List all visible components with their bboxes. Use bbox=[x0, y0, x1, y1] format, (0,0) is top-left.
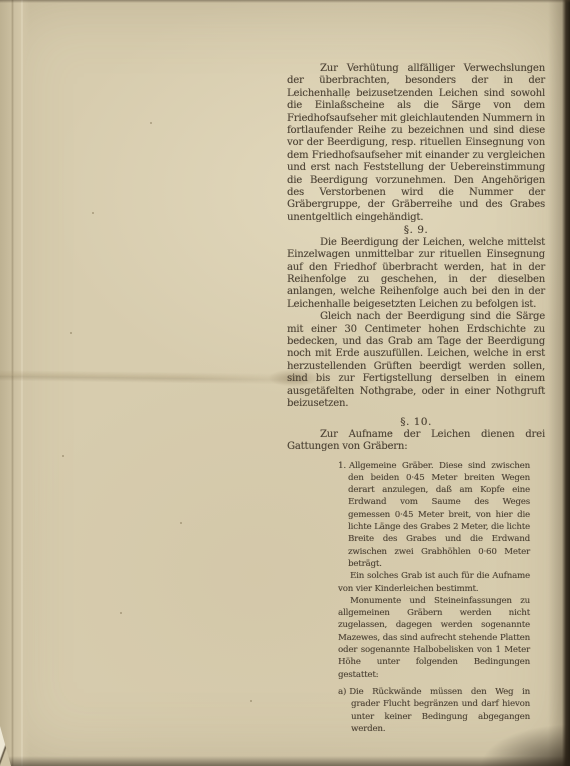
intro-paragraph: Zur Verhütung allfälliger Verwechslungen… bbox=[287, 63, 545, 224]
page-edge-right bbox=[562, 0, 570, 766]
paper-speck bbox=[62, 455, 64, 457]
section10-lead-paragraph: Zur Aufname der Leichen dienen drei Gatt… bbox=[287, 429, 545, 454]
binding-crease-highlight bbox=[21, 0, 23, 766]
list-item-1: 1.Allgemeine Gräber. Diese sind zwischen… bbox=[338, 460, 530, 571]
paper-speck bbox=[180, 522, 182, 524]
condition-a-marker: a) bbox=[338, 687, 349, 697]
condition-a: a)Die Rückwände müssen den Weg in grader… bbox=[338, 686, 530, 735]
section9-paragraph-2: Gleich nach der Beerdigung sind die Särg… bbox=[287, 311, 545, 410]
text-column: Zur Verhütung allfälliger Verwechslungen… bbox=[287, 63, 545, 735]
grave-types-list: 1.Allgemeine Gräber. Diese sind zwischen… bbox=[338, 460, 530, 736]
section-heading-10: §. 10. bbox=[287, 416, 545, 428]
binding-crease-line bbox=[11, 0, 14, 766]
list-item-1-text: Allgemeine Gräber. Diese sind zwischen d… bbox=[348, 461, 530, 569]
paper-speck bbox=[250, 700, 252, 702]
list-item-1-note-1: Ein solches Grab ist auch für die Aufnam… bbox=[338, 570, 530, 595]
paper-speck bbox=[120, 612, 122, 614]
list-item-1-note-2: Monumente und Steineinfassungen zu allge… bbox=[338, 595, 530, 681]
paper-speck bbox=[150, 122, 152, 124]
page-gutter-shadow bbox=[0, 0, 30, 766]
paper-speck bbox=[92, 212, 94, 214]
condition-a-text: Die Rückwände müssen den Weg in grader F… bbox=[349, 687, 530, 734]
scanned-page: Zur Verhütung allfälliger Verwechslungen… bbox=[0, 0, 570, 766]
page-edge-top bbox=[0, 0, 570, 3]
list-item-1-marker: 1. bbox=[338, 461, 349, 471]
section9-paragraph-1: Die Beerdigung der Leichen, welche mitte… bbox=[287, 237, 545, 311]
section-heading-9: §. 9. bbox=[287, 224, 545, 236]
paper-speck bbox=[70, 332, 72, 334]
